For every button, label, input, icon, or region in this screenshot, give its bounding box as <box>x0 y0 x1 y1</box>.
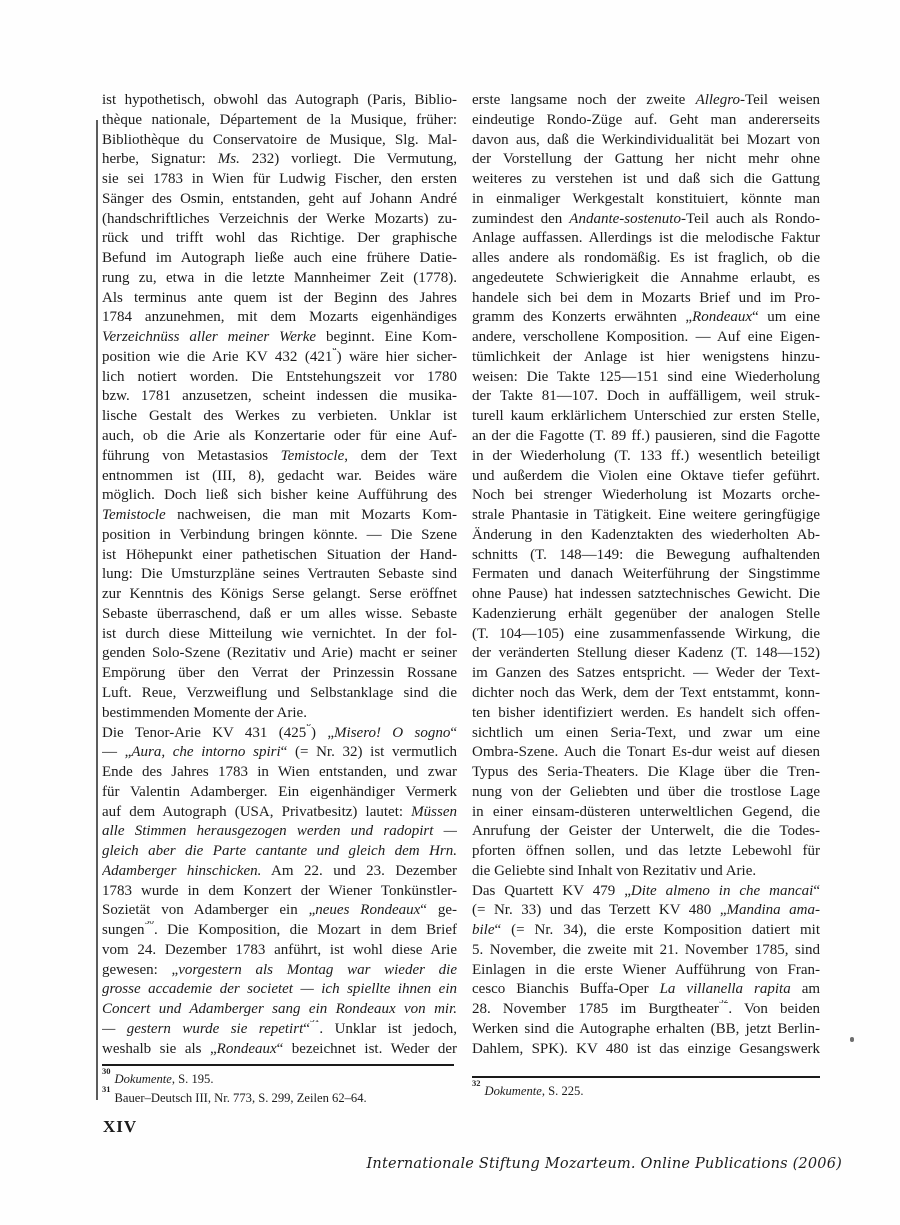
text-line: sungen30. Die Komposition, die Mozart in… <box>102 921 457 941</box>
text-line: Concert und Adamberger sang ein Rondeaux… <box>102 1000 457 1020</box>
text-line: zumindest den Andante-sostenuto-Teil auc… <box>472 210 820 230</box>
text-line: ohne Pause) hat indessen satztechnisches… <box>472 585 820 605</box>
text-line: lung: Die Umsturzpläne seines Vertrauten… <box>102 565 457 585</box>
scan-speck <box>850 1037 854 1042</box>
text-line: position wie die Arie KV 432 (421a) wäre… <box>102 348 457 368</box>
text-line: lich notiert worden. Die Entstehungszeit… <box>102 368 457 388</box>
text-line: — gestern wurde sie repetirt“31. Unklar … <box>102 1020 457 1040</box>
text-line: der Takte 81—107. Doch in auffälligem, w… <box>472 387 820 407</box>
text-line: Fermaten und danach Weiterführung der Si… <box>472 565 820 585</box>
text-line: Typus des Seria-Theaters. Die Klage über… <box>472 763 820 783</box>
text-line: der Vorstellung der Gattung her nicht me… <box>472 150 820 170</box>
text-line: genden Solo-Szene (Rezitativ und Arie) m… <box>102 644 457 664</box>
text-line: in einmaliger Werkgestalt konstituiert, … <box>472 190 820 210</box>
text-line: Sebaste überraschend, daß er um alles wi… <box>102 605 457 625</box>
text-line: sichtlich um einen Seria-Text, und zwar … <box>472 724 820 744</box>
text-line: ist Höhepunkt einer pathetischen Situati… <box>102 546 457 566</box>
text-line: 28. November 1785 im Burgtheater32. Von … <box>472 1000 820 1020</box>
text-line: ist hypothetisch, obwohl das Autograph (… <box>102 91 457 111</box>
text-line: (T. 104—105) eine zusammenfassende Wirku… <box>472 625 820 645</box>
text-line: ist durch diese Mitteilung wie vernichte… <box>102 625 457 645</box>
text-line: grosse accademie der societet — ich spie… <box>102 980 457 1000</box>
text-line: Änderung in den Kadenztakten des wiederh… <box>472 526 820 546</box>
text-line: (= Nr. 33) und das Terzett KV 480 „Mandi… <box>472 901 820 921</box>
text-line: rung zu, etwa in die letzte Mannheimer Z… <box>102 269 457 289</box>
text-line: davon aus, daß die Werkindividualität be… <box>472 131 820 151</box>
text-line: entnommen ist (III, 8), gedacht war. Bei… <box>102 467 457 487</box>
text-line: gramm des Konzerts erwähnten „Rondeaux“ … <box>472 308 820 328</box>
text-line: gleich aber die Parte cantante und gleic… <box>102 842 457 862</box>
text-line: Sozietät von Adamberger ein „neues Ronde… <box>102 901 457 921</box>
text-line: pforten öffnen sollen, und das letzte Le… <box>472 842 820 862</box>
text-line: Die Tenor-Arie KV 431 (425b) „Misero! O … <box>102 724 457 744</box>
text-line: Ende des Jahres 1783 in Wien entstanden,… <box>102 763 457 783</box>
text-line: cesco Bianchis Buffa-Oper La villanella … <box>472 980 820 1000</box>
text-line: der veränderten Stellung dieser Kadenz (… <box>472 644 820 664</box>
text-line: Werken sind die Autographe erhalten (BB,… <box>472 1020 820 1040</box>
text-line: im Ganzen des Satzes entspricht. — Weder… <box>472 664 820 684</box>
text-line: alle Stimmen herausgezogen werden und ra… <box>102 822 457 842</box>
footnote: 32Dokumente, S. 225. <box>472 1082 824 1101</box>
text-line: handele sich bei dem in Mozarts Brief un… <box>472 289 820 309</box>
text-line: erste langsame noch der zweite Allegro-T… <box>472 91 820 111</box>
text-line: Als terminus ante quem ist der Beginn de… <box>102 289 457 309</box>
footnote-rule-left <box>102 1064 454 1066</box>
footnote-rule-right <box>472 1076 820 1078</box>
text-line: thèque nationale, Département de la Musi… <box>102 111 457 131</box>
text-line: Noch bei strenger Wiederholung ist Mozar… <box>472 486 820 506</box>
text-line: herbe, Signatur: Ms. 232) vorliegt. Die … <box>102 150 457 170</box>
text-line: Befund im Autograph ließe auch eine früh… <box>102 249 457 269</box>
text-line: und außerdem die Violen eine Oktave tief… <box>472 467 820 487</box>
footnotes-right: 32Dokumente, S. 225. <box>472 1082 824 1101</box>
text-line: für Valentin Adamberger. Ein eigenhändig… <box>102 783 457 803</box>
footnote: 30Dokumente, S. 195. <box>102 1070 462 1089</box>
text-line: möglich. Doch ließ sich bisher keine Auf… <box>102 486 457 506</box>
text-line: tümlichkeit der Anlage ist hier wenigste… <box>472 348 820 368</box>
text-line: Anrufung der Geister der Unterwelt, die … <box>472 822 820 842</box>
left-text-column: ist hypothetisch, obwohl das Autograph (… <box>102 91 457 1060</box>
text-line: lische Gestalt des Werkes zu verbieten. … <box>102 407 457 427</box>
text-line: bestimmenden Momente der Arie. <box>102 704 457 724</box>
text-line: Das Quartett KV 479 „Dite almeno in che … <box>472 882 820 902</box>
text-line: alles andere als rondomäßig. Es ist frag… <box>472 249 820 269</box>
text-line: 1784 anzunehmen, mit dem Mozarts eigenhä… <box>102 308 457 328</box>
publication-credit: Internationale Stiftung Mozarteum. Onlin… <box>366 1156 842 1172</box>
scan-artifact-line <box>96 120 98 1100</box>
right-text-column: erste langsame noch der zweite Allegro-T… <box>472 91 820 1060</box>
text-line: eindeutige Rondo-Züge auf. Geht man ande… <box>472 111 820 131</box>
text-line: 5. November, die zweite mit 21. November… <box>472 941 820 961</box>
text-line: Anlage auffassen. Allerdings ist die mel… <box>472 229 820 249</box>
text-line: führung von Metastasios Temistocle, dem … <box>102 447 457 467</box>
text-line: gewesen: „vorgestern als Montag war wied… <box>102 961 457 981</box>
text-line: zur Kenntnis des Königs Serse gelangt. S… <box>102 585 457 605</box>
scanned-book-page: ist hypothetisch, obwohl das Autograph (… <box>0 0 900 1225</box>
text-line: Adamberger hinschicken. Am 22. und 23. D… <box>102 862 457 882</box>
text-line: dichter noch das Werk, dem der Text ents… <box>472 684 820 704</box>
text-line: Einlagen in die erste Wiener Aufführung … <box>472 961 820 981</box>
text-line: ten bisher identifiziert werden. Es hand… <box>472 704 820 724</box>
text-line: Dahlem, SPK). KV 480 ist das einzige Ges… <box>472 1040 820 1060</box>
text-line: an der die Fagotte (T. 89 ff.) pausieren… <box>472 427 820 447</box>
text-line: angedeutete Schwierigkeit die Annahme er… <box>472 269 820 289</box>
text-line: Empörung über den Verrat der Prinzessin … <box>102 664 457 684</box>
text-line: Luft. Reue, Verzweiflung und Selbstankla… <box>102 684 457 704</box>
text-line: position in Verbindung bringen könnte. —… <box>102 526 457 546</box>
text-line: Ombra-Szene. Auch die Tonart Es-dur weis… <box>472 743 820 763</box>
text-line: Bibliothèque du Conservatoire de Musique… <box>102 131 457 151</box>
footnotes-left: 30Dokumente, S. 195.31Bauer–Deutsch III,… <box>102 1070 462 1107</box>
text-line: turell kaum erklärlichem Unterschied zur… <box>472 407 820 427</box>
text-line: Verzeichnüss aller meiner Werke beginnt.… <box>102 328 457 348</box>
text-line: bile“ (= Nr. 34), die erste Komposition … <box>472 921 820 941</box>
text-line: Sänger des Osmin, entstanden, geht auf J… <box>102 190 457 210</box>
text-line: strale Phantasie in Tätigkeit. Eine weit… <box>472 506 820 526</box>
text-line: andere, verschollene Komposition. — Auf … <box>472 328 820 348</box>
text-line: bzw. 1781 anzusetzen, scheint indessen d… <box>102 387 457 407</box>
text-line: — „Aura, che intorno spiri“ (= Nr. 32) i… <box>102 743 457 763</box>
text-line: rück und trifft wohl das Richtige. Der g… <box>102 229 457 249</box>
text-line: schnitts (T. 148—149: die Bewegung aufha… <box>472 546 820 566</box>
text-line: weiteres zu verstehen ist und daß sich d… <box>472 170 820 190</box>
text-line: Temistocle nachweisen, die man mit Mozar… <box>102 506 457 526</box>
text-line: nung von der Geliebten und über die tros… <box>472 783 820 803</box>
text-line: sie sei 1783 in Wien für Ludwig Fischer,… <box>102 170 457 190</box>
text-line: (handschriftliches Verzeichnis der Werke… <box>102 210 457 230</box>
page-number: XIV <box>103 1117 137 1137</box>
text-line: Kadenzierung erhält gegenüber der analog… <box>472 605 820 625</box>
text-line: in einer einsam-düsteren unterweltlichen… <box>472 803 820 823</box>
text-line: auch, ob die Arie als Konzertarie oder f… <box>102 427 457 447</box>
text-line: in der Wiederholung (T. 133 ff.) wesentl… <box>472 447 820 467</box>
text-line: die Geliebte sind Inhalt von Rezitativ u… <box>472 862 820 882</box>
footnote: 31Bauer–Deutsch III, Nr. 773, S. 299, Ze… <box>102 1089 462 1108</box>
text-line: vom 24. Dezember 1783 anführt, ist wohl … <box>102 941 457 961</box>
text-line: auf dem Autograph (USA, Privatbesitz) la… <box>102 803 457 823</box>
text-line: weisen: Die Takte 125—151 sind eine Wied… <box>472 368 820 388</box>
text-line: 1783 wurde in dem Konzert der Wiener Ton… <box>102 882 457 902</box>
text-line: weshalb sie als „Rondeaux“ bezeichnet is… <box>102 1040 457 1060</box>
